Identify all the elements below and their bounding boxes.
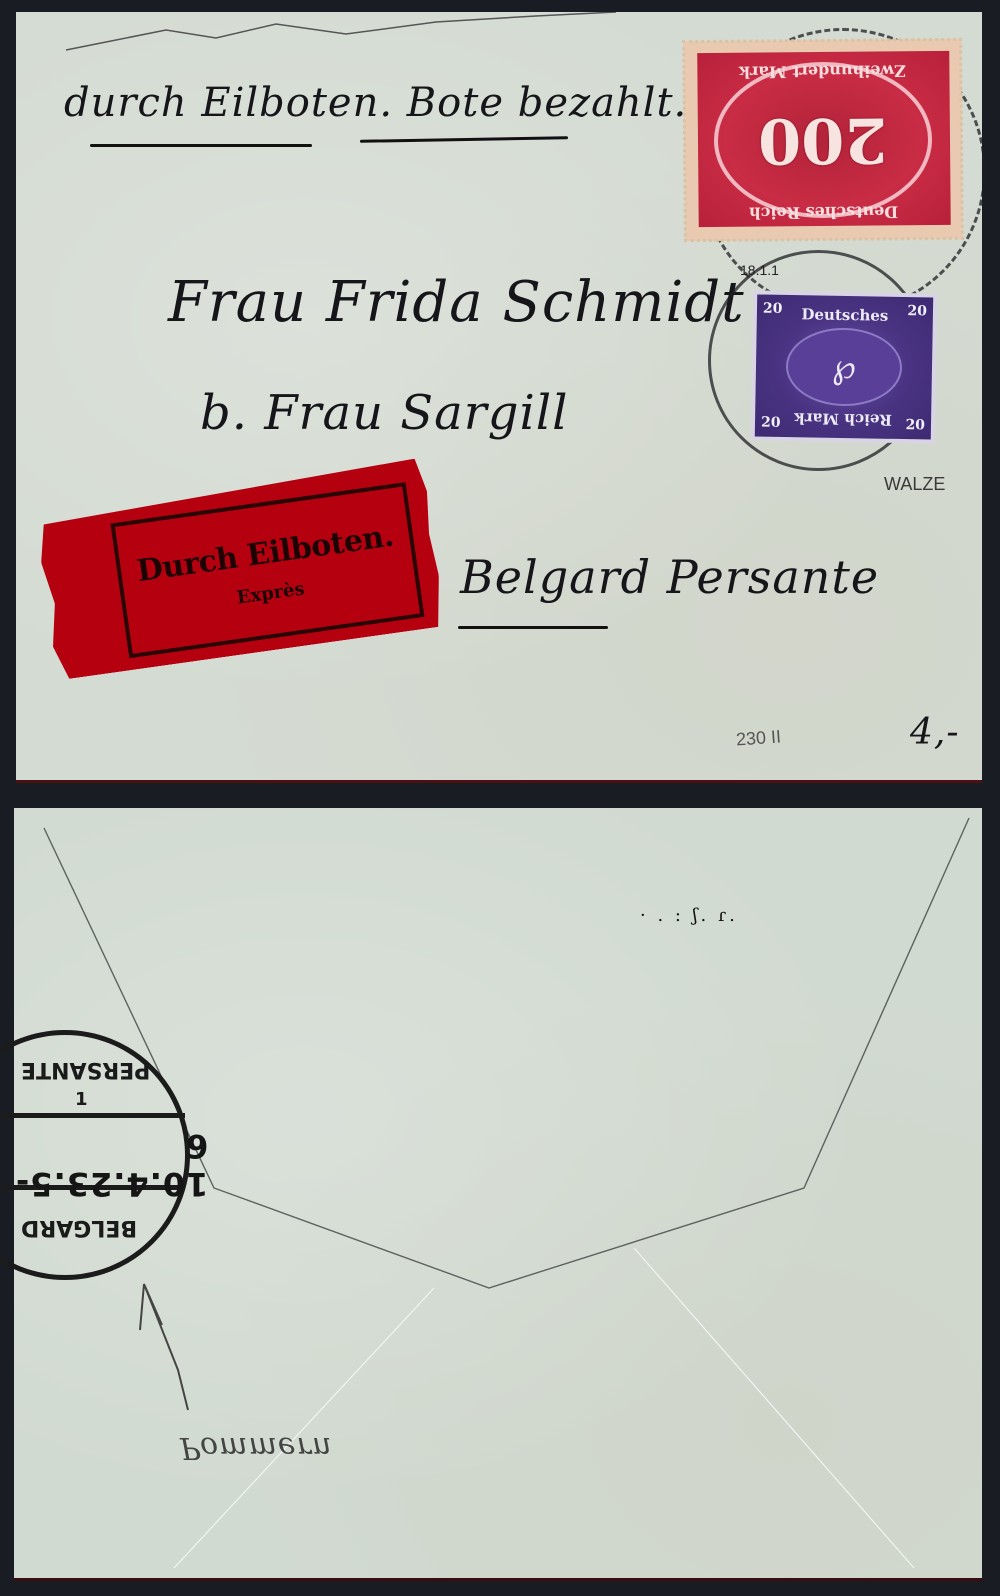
postmark-town-bottom: BELGARD xyxy=(21,1215,137,1240)
expertizer-note: WALZE xyxy=(884,474,945,495)
stamp-caption: Deutsches Reich xyxy=(685,202,963,223)
stamp-corner-value: 20 xyxy=(907,303,927,319)
underline xyxy=(90,144,312,147)
post-horn-icon: ℘ xyxy=(832,347,856,387)
underline xyxy=(458,626,608,629)
stamp-caption: Zweihundert Mark xyxy=(683,61,961,82)
handwritten-instruction: durch Eilboten. Bote bezahlt. xyxy=(64,80,687,126)
price-note: 4,- xyxy=(910,712,960,753)
label-subtitle: Exprès xyxy=(236,578,306,608)
label-frame: Durch Eilboten. Exprès xyxy=(110,482,424,658)
stamp-200-mark: Zweihundert Mark 200 Deutsches Reich xyxy=(683,39,963,241)
label-title: Durch Eilboten. xyxy=(135,519,396,590)
catalog-note: 230 II xyxy=(735,726,781,750)
stamp-20-mark: Deutsches ℘ Reich Mark 20 20 20 20 xyxy=(751,290,938,443)
stamp-corner-value: 20 xyxy=(905,417,925,433)
postmark-partial-date: 18.1.1 xyxy=(740,262,779,278)
postmark-letter: 1 xyxy=(75,1089,88,1110)
stamp-corner-value: 20 xyxy=(761,415,781,431)
address-line-1: Frau Frida Schmidt xyxy=(168,270,745,335)
address-line-2: b. Frau Sargill xyxy=(200,385,569,441)
postmark-bar xyxy=(0,1113,185,1118)
postmark-date: 10.4.23.5-6 xyxy=(15,1127,208,1203)
ink-specks: · . : ʃ. ɾ. xyxy=(640,905,738,926)
stamp-denomination: 200 xyxy=(758,103,888,177)
pencil-region-note: Pommern xyxy=(180,1430,332,1465)
stamp-corner-value: 20 xyxy=(763,301,783,317)
postmark-town-top: PERSANTE xyxy=(21,1057,150,1082)
address-line-3: Belgard Persante xyxy=(460,550,879,604)
pencil-arrow-icon xyxy=(130,1280,210,1420)
